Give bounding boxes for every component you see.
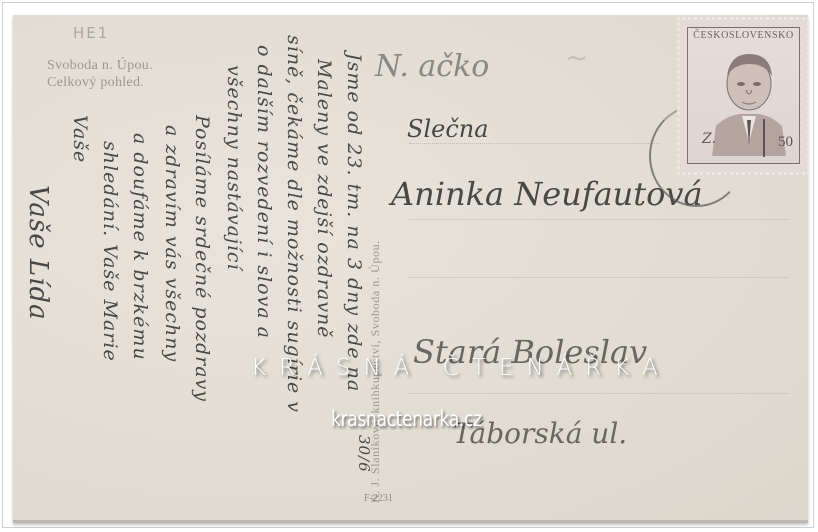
postage-stamp: ČESKOSLOVENSKO Z. 50 [677,17,808,175]
address-guideline [409,219,789,220]
address-guideline [409,393,789,394]
postcard-back: HE1 Svoboda n. Úpou. Celkový pohled. Jsm… [13,15,808,523]
watermark-url: krasnactenarka.cz [331,407,482,431]
letter-line: Maleny ve zdejší ozdravně [313,59,335,339]
faded-pencil-mark: ~ [565,41,588,74]
caption-line-2: Celkový pohled. [47,74,153,91]
image-frame: HE1 Svoboda n. Úpou. Celkový pohled. Jsm… [2,2,814,528]
address-salutation: Slečna [407,115,489,143]
portrait-icon [710,46,788,156]
stamp-design: ČESKOSLOVENSKO Z. 50 [687,27,800,164]
stamp-country: ČESKOSLOVENSKO [688,30,799,41]
letter-line: Jsme od 23. tm. na 3 dny zde na [343,53,365,392]
signature: Vaše Lída [23,185,53,321]
stamp-value-bar [763,119,765,157]
catalog-number: F-2231 [364,493,393,504]
stamp-value: 50 [778,134,793,151]
printed-caption: Svoboda n. Úpou. Celkový pohled. [47,57,153,91]
watermark-title: KRÁSNÁ ČTENÁŘKA [251,355,671,381]
address-guideline [409,143,659,144]
caption-line-1: Svoboda n. Úpou. [47,57,153,74]
letter-line: a zdravím vás všechny [161,125,183,362]
address-guideline [409,277,789,278]
letter-line: Vaše [69,115,91,163]
pencil-note: N. ačko [375,49,489,84]
letter-line: všechny nastávající [223,65,245,271]
letter-line: Posíláme srdečné pozdravy [191,115,213,402]
letter-line: o dalším rozvedení i slova a [253,45,275,339]
letter-line: a doufáme k brzkému [129,133,151,361]
letter-line: shledání. Vaše Marie [99,141,121,362]
archive-mark: HE1 [73,24,109,42]
stamp-signature: Z. [702,131,716,147]
